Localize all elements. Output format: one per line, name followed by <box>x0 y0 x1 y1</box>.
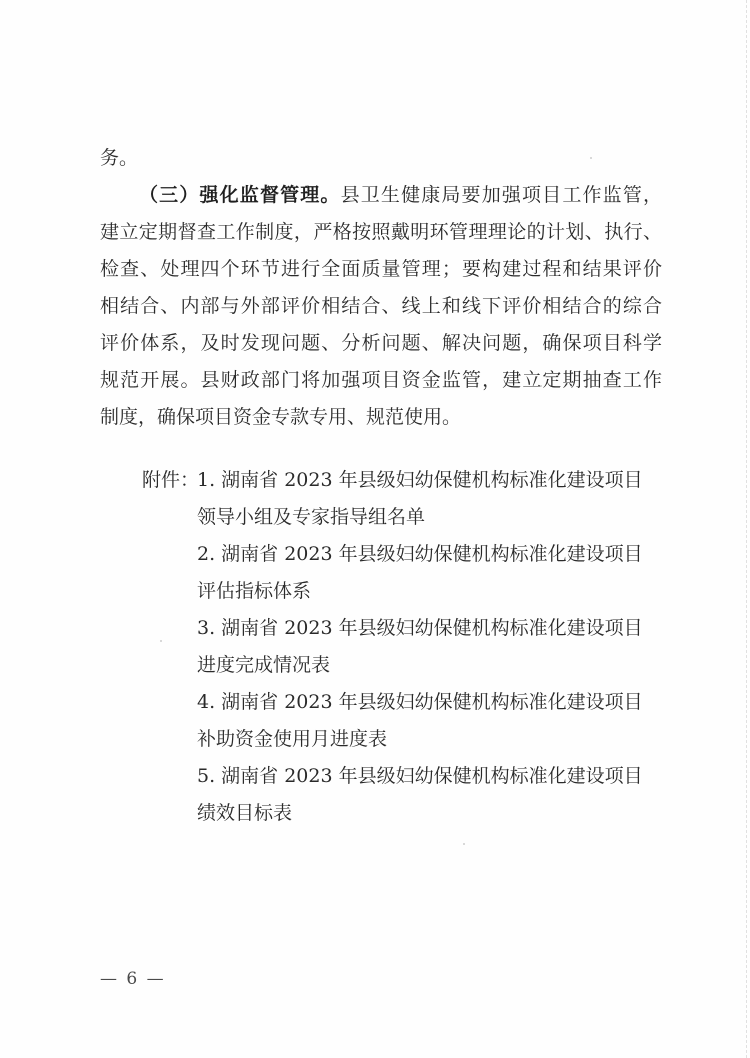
attachment-item-title: 5. 湖南省 2023 年县级妇幼保健机构标准化建设项目 <box>197 758 667 795</box>
section-heading: （三）强化监督管理。 <box>139 184 341 206</box>
attachment-item-subtitle: 进度完成情况表 <box>197 647 667 684</box>
body-line: 建立定期督查工作制度，严格按照戴明环管理理论的计划、执行、 <box>100 214 662 251</box>
body-line: 制度，确保项目资金专款专用、规范使用。 <box>100 399 662 436</box>
scan-speck <box>590 157 592 159</box>
attachment-item-subtitle: 评估指标体系 <box>197 573 667 610</box>
scan-speck <box>160 640 162 642</box>
attachment-item-title: 2. 湖南省 2023 年县级妇幼保健机构标准化建设项目 <box>197 536 667 573</box>
body-line: 务。 <box>100 140 662 177</box>
body-line: 检查、处理四个环节进行全面质量管理；要构建过程和结果评价 <box>100 251 662 288</box>
attachment-item-title: 4. 湖南省 2023 年县级妇幼保健机构标准化建设项目 <box>197 684 667 721</box>
scan-edge-artifact <box>746 0 747 1058</box>
attachments-label: 附件： <box>142 462 199 499</box>
scan-speck <box>540 385 542 387</box>
scan-speck <box>397 264 399 266</box>
page-number: — 6 — <box>100 969 180 989</box>
body-line: 规范开展。县财政部门将加强项目资金监管，建立定期抽查工作 <box>100 362 662 399</box>
attachment-item-title: 3. 湖南省 2023 年县级妇幼保健机构标准化建设项目 <box>197 610 667 647</box>
attachments-list: 1. 湖南省 2023 年县级妇幼保健机构标准化建设项目 领导小组及专家指导组名… <box>197 462 667 832</box>
body-line: 相结合、内部与外部评价相结合、线上和线下评价相结合的综合 <box>100 288 662 325</box>
attachment-item-title: 1. 湖南省 2023 年县级妇幼保健机构标准化建设项目 <box>197 462 667 499</box>
body-line: 评价体系，及时发现问题、分析问题、解决问题，确保项目科学 <box>100 325 662 362</box>
body-text-block: 务。 （三）强化监督管理。县卫生健康局要加强项目工作监管， 建立定期督查工作制度… <box>100 140 662 436</box>
body-line-text: 县卫生健康局要加强项目工作监管， <box>341 184 662 206</box>
document-page: 务。 （三）强化监督管理。县卫生健康局要加强项目工作监管， 建立定期督查工作制度… <box>0 0 750 1058</box>
attachment-item-subtitle: 领导小组及专家指导组名单 <box>197 499 667 536</box>
attachment-item-subtitle: 补助资金使用月进度表 <box>197 721 667 758</box>
body-line: （三）强化监督管理。县卫生健康局要加强项目工作监管， <box>100 177 662 214</box>
scan-speck <box>463 843 465 845</box>
attachment-item-subtitle: 绩效目标表 <box>197 795 667 832</box>
